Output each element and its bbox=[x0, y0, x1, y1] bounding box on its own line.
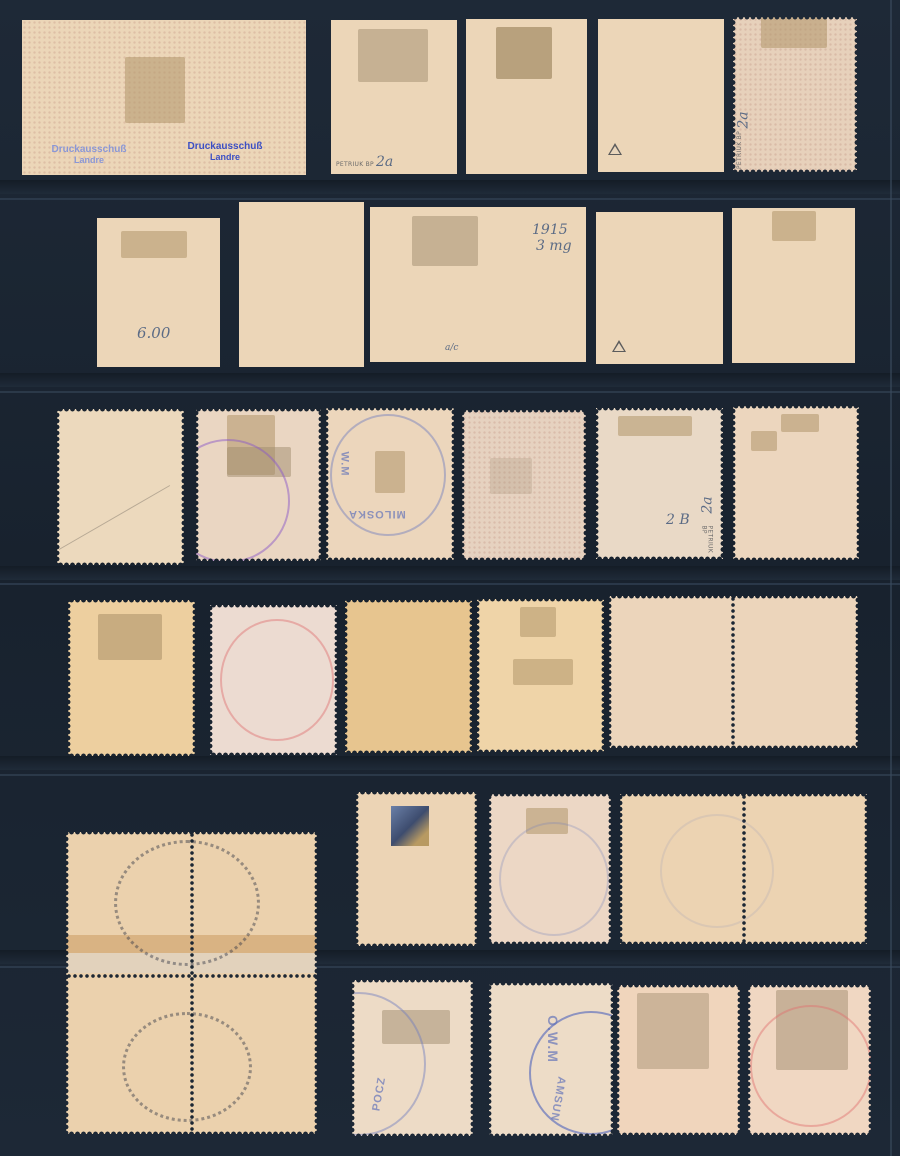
triangle-guarantee-mark-icon bbox=[612, 340, 626, 352]
blue-paper-remnant bbox=[391, 806, 429, 846]
cancel-text-bottom: MILOSKA bbox=[348, 508, 406, 520]
stamp-r5-pair-perforated[interactable] bbox=[620, 794, 867, 944]
stamp-r5-block bbox=[66, 832, 317, 1134]
cancel-red bbox=[750, 1005, 872, 1127]
pencil-note: 2 B bbox=[666, 513, 690, 527]
expert-signature: PETRIUK BP bbox=[336, 162, 374, 168]
stamp-r3-s1 bbox=[57, 409, 184, 565]
stamp-r6-s3-perforated[interactable] bbox=[617, 985, 740, 1135]
stamp-r3-s2 bbox=[196, 409, 321, 561]
pencil-note: 6.00 bbox=[137, 326, 170, 341]
hinge bbox=[98, 614, 162, 660]
stamp-r5-s2-perforated[interactable] bbox=[489, 794, 611, 944]
hinge bbox=[761, 17, 827, 48]
stamp-r4-pair bbox=[609, 596, 858, 748]
pencil-note-year: 1915 bbox=[532, 223, 568, 237]
perforation-divider bbox=[731, 596, 735, 748]
stamp-r3-s6-perforated[interactable] bbox=[733, 406, 859, 560]
hinge bbox=[121, 231, 187, 258]
cancel-black-upper bbox=[114, 840, 260, 966]
hinge bbox=[618, 416, 692, 436]
stamp-r3-s4-perforated[interactable] bbox=[462, 410, 586, 560]
stamp-r2-s3[interactable]: 1915 3 mg a/c bbox=[370, 207, 586, 362]
stamp-r3-s3: W.M MILOSKA bbox=[326, 408, 454, 560]
hinge bbox=[781, 414, 819, 432]
strip-divider bbox=[0, 566, 900, 580]
stamp-r1-s5-perforated[interactable]: 2a PETRIUK BP bbox=[733, 17, 857, 172]
hinge bbox=[125, 57, 185, 123]
cancel-blue bbox=[499, 822, 609, 936]
stamp-r3-s5: 2 B 2a PETRIUK BP bbox=[596, 408, 723, 559]
strip-divider bbox=[0, 756, 900, 770]
stamp-r5-block-of-four[interactable] bbox=[66, 832, 317, 1134]
stamp-r3-s2-perforated[interactable] bbox=[196, 409, 321, 561]
pencil-note-2: 2a bbox=[701, 496, 715, 513]
stamp-r6-s2: O.W.M AMSUN bbox=[489, 983, 613, 1136]
stamp-r2-s5[interactable] bbox=[732, 208, 855, 363]
stamp-r1-s3[interactable] bbox=[466, 19, 587, 174]
card-edge bbox=[890, 0, 892, 1156]
handstamp-right: DruckausschußLandre bbox=[170, 142, 280, 162]
stamp-r3-s5-perforated[interactable]: 2 B 2a PETRIUK BP bbox=[596, 408, 723, 559]
strip-line bbox=[0, 391, 900, 393]
triangle-guarantee-mark-icon bbox=[608, 143, 622, 155]
stamp-r5-s1 bbox=[356, 792, 477, 946]
stamp-r4-s3-perforated[interactable] bbox=[345, 600, 472, 753]
cancel-black-lower bbox=[122, 1012, 252, 1122]
strip-divider bbox=[0, 180, 900, 194]
pencil-note-small: a/c bbox=[445, 344, 458, 353]
stamp-r4-s2 bbox=[210, 605, 337, 755]
expert-signature: PETRIUK BP bbox=[737, 131, 743, 169]
stamp-r4-s1-perforated[interactable] bbox=[68, 600, 195, 756]
stamp-r4-s3 bbox=[345, 600, 472, 753]
handstamp-left: DruckausschußLandre bbox=[34, 145, 144, 165]
stamp-r1-s2[interactable]: PETRIUK BP 2a bbox=[331, 20, 457, 174]
expert-signature: PETRIUK BP bbox=[701, 526, 713, 559]
stamp-r5-pair bbox=[620, 794, 867, 944]
fold-crease bbox=[59, 485, 170, 550]
stamp-r6-s4-perforated[interactable] bbox=[748, 985, 871, 1135]
stamp-r1-s5: 2a PETRIUK BP bbox=[733, 17, 857, 172]
pencil-note: 2a bbox=[737, 111, 751, 128]
stamp-r6-s3 bbox=[617, 985, 740, 1135]
stamp-r4-s4-perforated[interactable] bbox=[477, 599, 604, 752]
strip-line bbox=[0, 583, 900, 585]
cancel-red bbox=[220, 619, 334, 741]
stamp-r5-s1-perforated[interactable] bbox=[356, 792, 477, 946]
stamp-r3-s3-perforated[interactable]: W.M MILOSKA bbox=[326, 408, 454, 560]
stamp-r4-s1 bbox=[68, 600, 195, 756]
hinge bbox=[358, 29, 428, 82]
strip-line bbox=[0, 774, 900, 776]
hinge bbox=[772, 211, 816, 241]
stamp-r6-s2-perforated[interactable]: O.W.M AMSUN bbox=[489, 983, 613, 1136]
stamp-r5-s2 bbox=[489, 794, 611, 944]
cancel-faint bbox=[660, 814, 774, 928]
pencil-note: 2a bbox=[376, 155, 393, 169]
stamp-r1-s4[interactable] bbox=[598, 19, 724, 172]
cancel-text-top: O.W.M bbox=[545, 1015, 561, 1063]
hinge bbox=[637, 993, 709, 1069]
hinge bbox=[496, 27, 552, 79]
hinge bbox=[412, 216, 478, 266]
stamp-r3-s6 bbox=[733, 406, 859, 560]
stamp-r4-s2-perforated[interactable] bbox=[210, 605, 337, 755]
hinge bbox=[520, 607, 556, 637]
strip-line bbox=[0, 198, 900, 200]
stamp-r6-s1-perforated[interactable]: POCZ bbox=[352, 980, 473, 1136]
stamp-r1-imperf-pair[interactable]: DruckausschußLandre DruckausschußLandre bbox=[22, 20, 306, 175]
stamp-r2-s1[interactable]: 6.00 bbox=[97, 218, 220, 367]
hinge bbox=[490, 458, 532, 494]
stamp-r2-s4[interactable] bbox=[596, 212, 723, 364]
stamp-r6-s4 bbox=[748, 985, 871, 1135]
pencil-note-weight: 3 mg bbox=[536, 239, 572, 253]
hinge bbox=[513, 659, 573, 685]
stamp-r4-s4 bbox=[477, 599, 604, 752]
stamp-r3-s4 bbox=[462, 410, 586, 560]
stamp-r6-s1: POCZ bbox=[352, 980, 473, 1136]
cancel-text-top: W.M bbox=[339, 452, 351, 477]
strip-divider bbox=[0, 373, 900, 387]
stamp-r4-pair-perforated[interactable] bbox=[609, 596, 858, 748]
stamp-r2-s2[interactable] bbox=[239, 202, 364, 367]
hinge bbox=[751, 431, 777, 451]
stamp-r3-s1-perforated[interactable] bbox=[57, 409, 184, 565]
